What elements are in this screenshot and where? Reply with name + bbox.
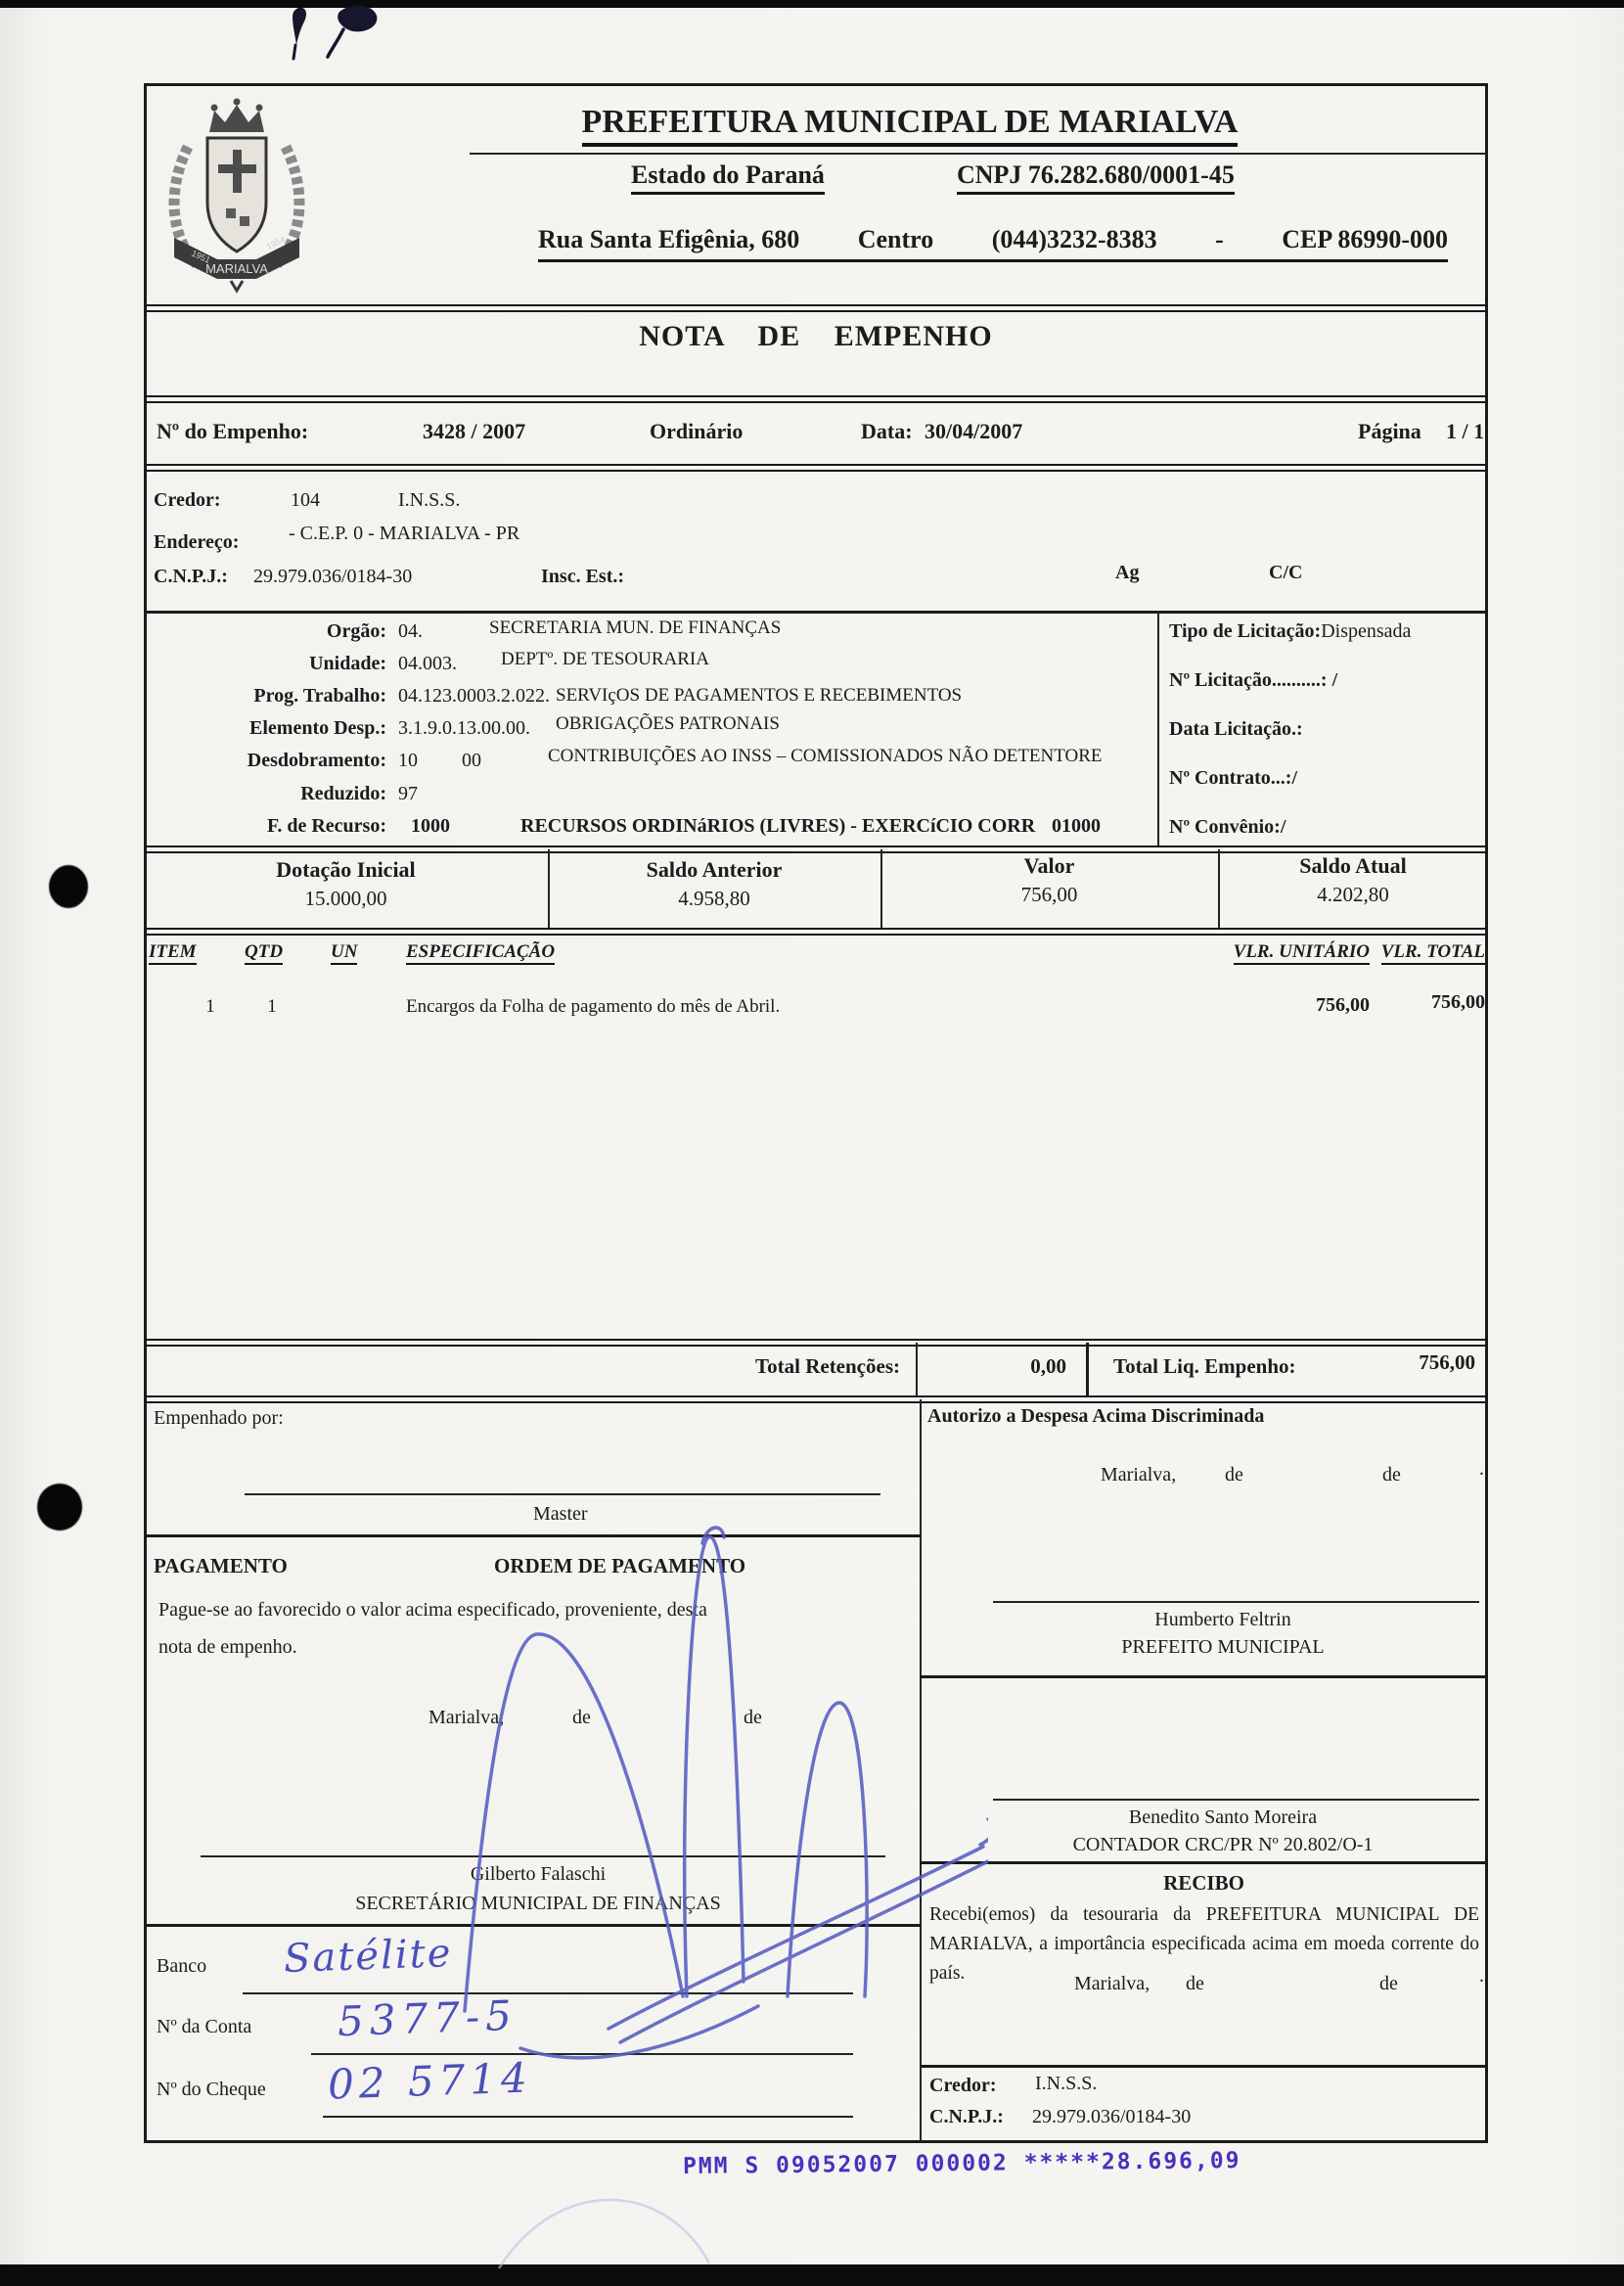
credor-final-valor: I.N.S.S. <box>1035 2073 1097 2095</box>
rule-under-contador <box>920 1861 1488 1864</box>
total-retencoes-valor: 0,00 <box>959 1354 1066 1379</box>
autorizo-de1: de <box>1225 1464 1243 1486</box>
f-recurso-desc: RECURSOS ORDINáRIOS (LIVRES) - EXERCíCIO… <box>520 815 1035 838</box>
unidade-desc: DEPTº. DE TESOURARIA <box>501 649 709 670</box>
desdobramento-label: Desdobramento: <box>147 750 386 772</box>
orgao-code: 04. <box>398 620 423 643</box>
elemento-desp-desc: OBRIGAÇÕES PATRONAIS <box>556 713 780 735</box>
frame-border-top <box>144 83 1488 86</box>
contador-nome: Benedito Santo Moreira <box>978 1806 1467 1829</box>
contador-signature-line <box>993 1799 1479 1801</box>
rule-under-saldos <box>144 928 1488 936</box>
recibo-ponto: . <box>1479 1965 1484 1988</box>
credor-cnpj-label: C.N.P.J.: <box>154 566 228 588</box>
saldo-cell-valor: Valor 756,00 <box>880 853 1218 907</box>
recibo-de2: de <box>1379 1973 1398 1995</box>
cnpj-final-valor: 29.979.036/0184-30 <box>1032 2106 1191 2128</box>
hole-punch-top <box>49 865 88 908</box>
col-qtd: QTD <box>245 941 303 963</box>
dotacao-inicial-label: Dotação Inicial <box>144 857 548 883</box>
valor-valor: 756,00 <box>880 883 1218 907</box>
conta-label: Nº da Conta <box>157 2016 251 2038</box>
col-vlr-total: VLR. TOTAL <box>1355 941 1485 963</box>
empenhado-por-label: Empenhado por: <box>154 1407 284 1430</box>
endereco-valor: - C.E.P. 0 - MARIALVA - PR <box>289 523 519 545</box>
title-underline-extension <box>470 153 1487 155</box>
item-row-descricao: Encargos da Folha de pagamento do mês de… <box>406 996 780 1018</box>
faint-pen-arc <box>489 2171 719 2278</box>
estado-label: Estado do Paraná <box>631 160 825 195</box>
credor-codigo: 104 <box>291 489 320 512</box>
saldo-cell-atual: Saldo Atual 4.202,80 <box>1218 853 1488 907</box>
endereco-label: Endereço: <box>154 531 239 554</box>
dotacao-inicial-valor: 15.000,00 <box>144 887 548 911</box>
rule-under-prefeito <box>920 1675 1488 1678</box>
desdobramento-code: 10 <box>398 750 418 772</box>
unidade-code: 04.003. <box>398 653 457 675</box>
banco-label: Banco <box>157 1955 206 1978</box>
valor-label: Valor <box>880 853 1218 879</box>
rule-above-empenho-row <box>144 395 1488 403</box>
rule-above-totais <box>144 1339 1488 1347</box>
divider-licitacao <box>1157 611 1159 847</box>
cheque-underline <box>323 2116 853 2118</box>
cheque-label: Nº do Cheque <box>157 2079 266 2101</box>
tipo-licitacao-row: Tipo de Licitação:Dispensada <box>1169 620 1411 643</box>
cnpj-final-label: C.N.P.J.: <box>929 2106 1004 2128</box>
col-especificacao: ESPECIFICAÇÃO <box>406 941 641 963</box>
total-retencoes-label: Total Retenções: <box>607 1354 900 1379</box>
empenho-data-label: Data: <box>861 419 913 444</box>
totais-divider-1 <box>916 1343 918 1397</box>
rule-under-credor <box>144 611 1488 614</box>
pen-marks-top <box>279 2 406 70</box>
credor-label: Credor: <box>154 489 221 512</box>
pagamento-texto-l2: nota de empenho. <box>158 1636 297 1659</box>
pagina-valor: 1 / 1 <box>1446 419 1484 444</box>
col-item: ITEM <box>149 941 217 963</box>
scan-edge-bottom <box>0 2264 1624 2286</box>
saldo-cell-anterior: Saldo Anterior 4.958,80 <box>548 857 880 911</box>
empenho-data: 30/04/2007 <box>925 419 1022 444</box>
ag-label: Ag <box>1115 562 1139 584</box>
frame-border-left <box>144 83 147 2143</box>
totais-divider-2 <box>1086 1343 1089 1397</box>
saldo-atual-valor: 4.202,80 <box>1218 883 1488 907</box>
address-district: Centro <box>858 225 934 254</box>
desdobramento-code2: 00 <box>462 750 481 772</box>
elemento-desp-label: Elemento Desp.: <box>147 717 386 740</box>
saldo-atual-label: Saldo Atual <box>1218 853 1488 879</box>
col-un: UN <box>331 941 374 963</box>
item-row-qtd: 1 <box>243 996 301 1018</box>
credor-nome: I.N.S.S. <box>398 489 460 512</box>
contador-cargo: CONTADOR CRC/PR Nº 20.802/O-1 <box>978 1834 1467 1856</box>
rule-under-empenho-row <box>144 464 1488 472</box>
autorizo-titulo: Autorizo a Despesa Acima Discriminada <box>927 1405 1264 1428</box>
saldo-anterior-valor: 4.958,80 <box>548 887 880 911</box>
svg-text:MARIALVA: MARIALVA <box>205 261 268 276</box>
f-recurso-extra: 01000 <box>1052 815 1101 838</box>
prefeito-signature-line <box>993 1601 1479 1603</box>
reduzido-label: Reduzido: <box>147 783 386 805</box>
header-address-row: Rua Santa Efigênia, 680 Centro (044)3232… <box>538 225 1448 262</box>
pagamento-titulo: PAGAMENTO <box>154 1554 288 1578</box>
rule-under-header <box>144 304 1488 312</box>
recibo-titulo: RECIBO <box>920 1871 1488 1896</box>
tipo-licitacao-valor: Dispensada <box>1321 620 1411 642</box>
prefeitura-title: PREFEITURA MUNICIPAL DE MARIALVA <box>582 104 1239 147</box>
recibo-cidade: Marialva, <box>1074 1973 1150 1995</box>
num-licitacao: Nº Licitação..........: / <box>1169 669 1337 692</box>
pagina-label: Página <box>1358 419 1421 444</box>
saldo-anterior-label: Saldo Anterior <box>548 857 880 883</box>
autorizo-ponto: . <box>1479 1458 1484 1481</box>
municipal-crest-logo: MARIALVA 1951 1954 <box>158 93 315 297</box>
reduzido-code: 97 <box>398 783 418 805</box>
credor-final-label: Credor: <box>929 2075 997 2097</box>
f-recurso-label: F. de Recurso: <box>147 815 386 838</box>
num-convenio: Nº Convênio:/ <box>1169 816 1286 839</box>
rule-under-totais <box>144 1395 1488 1403</box>
cc-label: C/C <box>1269 562 1302 584</box>
prog-trabalho-code: 04.123.0003.2.022. <box>398 685 550 708</box>
frame-border-bottom <box>144 2140 1488 2143</box>
autorizo-de2: de <box>1382 1464 1401 1486</box>
unidade-label: Unidade: <box>147 653 386 675</box>
total-liq-valor: 756,00 <box>1331 1350 1475 1375</box>
scan-edge-top <box>0 0 1624 8</box>
orgao-desc: SECRETARIA MUN. DE FINANÇAS <box>489 617 781 639</box>
address-phone: (044)3232-8383 <box>992 225 1157 254</box>
frame-border-right <box>1485 83 1488 2143</box>
num-contrato: Nº Contrato...:/ <box>1169 767 1297 790</box>
orgao-label: Orgão: <box>147 620 386 643</box>
dot-matrix-footer-code: PMM S 09052007 000002 *****28.696,09 <box>683 2148 1241 2179</box>
rule-above-credor-final <box>920 2065 1488 2068</box>
rule-above-saldos <box>144 846 1488 853</box>
pen-signature-scribble <box>342 1492 988 2070</box>
data-licitacao: Data Licitação.: <box>1169 718 1303 741</box>
header-cnpj: CNPJ 76.282.680/0001-45 <box>957 160 1235 195</box>
prog-trabalho-desc: SERVIçOS DE PAGAMENTOS E RECEBIMENTOS <box>556 685 962 707</box>
recibo-de1: de <box>1186 1973 1204 1995</box>
item-row-vlr-total: 756,00 <box>1355 991 1485 1014</box>
address-street: Rua Santa Efigênia, 680 <box>538 225 799 254</box>
item-row-vlr-unitario: 756,00 <box>1213 994 1370 1017</box>
total-liq-label: Total Liq. Empenho: <box>1113 1354 1296 1379</box>
elemento-desp-code: 3.1.9.0.13.00.00. <box>398 717 530 740</box>
tipo-licitacao-label: Tipo de Licitação: <box>1169 620 1321 642</box>
saldo-cell-dotacao: Dotação Inicial 15.000,00 <box>144 857 548 911</box>
f-recurso-code: 1000 <box>411 815 450 838</box>
autorizo-cidade: Marialva, <box>1101 1464 1176 1486</box>
hole-punch-bottom <box>37 1484 82 1531</box>
desdobramento-desc: CONTRIBUIÇÕES AO INSS – COMISSIONADOS NÃ… <box>548 746 1103 767</box>
item-row-item: 1 <box>176 996 245 1018</box>
doc-title: NOTA DE EMPENHO <box>144 320 1488 353</box>
address-cep: CEP 86990-000 <box>1282 225 1448 254</box>
address-separator: - <box>1215 225 1224 254</box>
empenho-numero: 3428 / 2007 <box>423 419 525 444</box>
prog-trabalho-label: Prog. Trabalho: <box>147 685 386 708</box>
credor-cnpj: 29.979.036/0184-30 <box>253 566 412 588</box>
insc-est-label: Insc. Est.: <box>541 566 624 588</box>
prefeito-nome: Humberto Feltrin <box>978 1609 1467 1631</box>
empenho-numero-label: Nº do Empenho: <box>157 419 308 444</box>
scanned-nota-de-empenho: MARIALVA 1951 1954 PREFEITURA MUNICIPAL … <box>0 0 1624 2286</box>
col-vlr-unitario: VLR. UNITÁRIO <box>1213 941 1370 963</box>
empenho-tipo: Ordinário <box>650 419 743 444</box>
header-title-wrap: PREFEITURA MUNICIPAL DE MARIALVA <box>333 104 1487 141</box>
prefeito-cargo: PREFEITO MUNICIPAL <box>978 1636 1467 1659</box>
